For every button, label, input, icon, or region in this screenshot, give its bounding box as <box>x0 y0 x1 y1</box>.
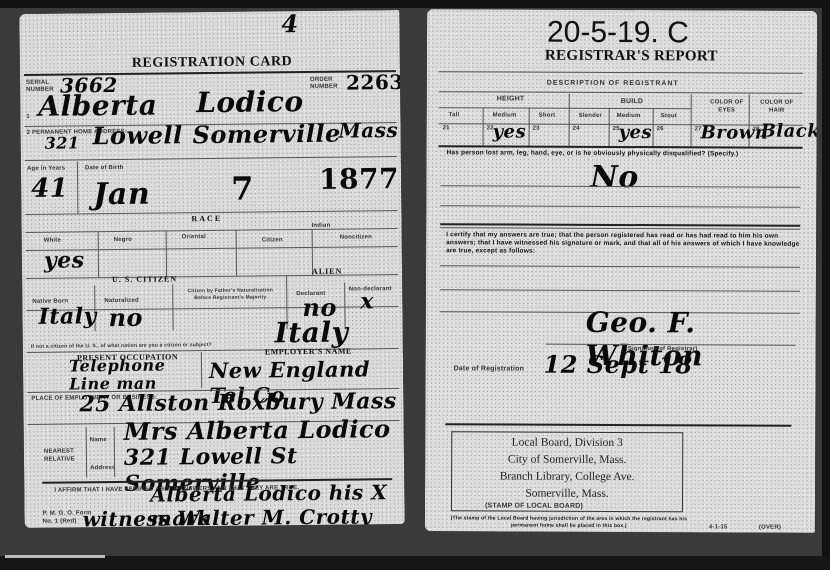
race-header: RACE <box>191 214 222 223</box>
q29-answer: No <box>590 160 639 195</box>
stamp-caption: (STAMP OF LOCAL BOARD) <box>485 502 583 509</box>
race-col-negro: Negro <box>114 237 132 243</box>
state: Mass <box>338 118 398 143</box>
height-header: HEIGHT <box>497 95 525 102</box>
field-number: 24 <box>573 126 580 132</box>
stamp-line: Local Board, Division 3 <box>452 434 682 452</box>
employer-header: EMPLOYER'S NAME <box>265 347 352 357</box>
card-title: REGISTRATION CARD <box>132 54 292 72</box>
scan-frame-right <box>822 0 830 570</box>
item-number: 1 <box>26 114 30 120</box>
registrant-last-name: Lodico <box>196 85 304 119</box>
employment-place-value: 25 Allston Roxbury Mass <box>79 388 397 417</box>
height-col-medium: Medium <box>493 112 517 118</box>
registration-card-front: 4 REGISTRATION CARD SERIAL NUMBER 3662 O… <box>19 10 404 528</box>
race-white-value: yes <box>44 247 85 273</box>
alien-header: ALIEN <box>312 267 342 276</box>
height-col-tall: Tall <box>449 112 460 118</box>
build-col-medium: Medium <box>617 113 641 119</box>
age-label: Age in Years <box>27 166 65 172</box>
build-header: BUILD <box>621 98 643 105</box>
corner-mark: 4 <box>281 10 299 38</box>
field-number: 26 <box>657 126 664 132</box>
race-col-white: White <box>44 238 61 244</box>
local-board-stamp-box: Local Board, Division 3 City of Somervil… <box>451 431 683 512</box>
height-medium-value: yes <box>493 121 527 142</box>
dob-day: 7 <box>231 170 254 208</box>
dob-month: Jan <box>93 177 150 213</box>
q30-certification: I certify that my answers are true; that… <box>446 231 802 257</box>
citizen-header: U. S. CITIZEN <box>112 274 177 284</box>
description-header: DESCRIPTION OF REGISTRANT <box>547 80 679 88</box>
dob-year: 1877 <box>319 162 399 196</box>
footer-over: (OVER) <box>759 525 781 531</box>
citizen-col-father: Citizen by Father's Naturalization Befor… <box>178 287 282 302</box>
stamp-note: (The stamp of the Local Board having jur… <box>449 515 689 530</box>
date-value: 12 Sept 18 <box>544 350 693 380</box>
street: Lowell <box>92 120 182 150</box>
city: Somerville <box>192 119 341 150</box>
native-born-value: Italy <box>38 303 97 330</box>
dob-label: Date of Birth <box>85 165 124 171</box>
build-medium-value: yes <box>619 122 653 143</box>
date-label: Date of Registration <box>454 365 525 372</box>
naturalized-value: no <box>108 303 143 332</box>
street-number: 321 <box>45 133 80 152</box>
nation-value: Italy <box>274 316 348 350</box>
build-col-slender: Slender <box>579 113 602 119</box>
registrars-report-back: 20-5-19. C REGISTRAR'S REPORT DESCRIPTIO… <box>425 9 817 533</box>
eye-color-header: COLOR OF EYES <box>707 98 747 114</box>
scan-frame-top <box>0 0 830 8</box>
race-col-citizen: Citizen <box>262 237 283 243</box>
registrant-first-name: Alberta <box>38 89 157 123</box>
witness-signature: witness Walter M. Crotty <box>82 504 372 528</box>
relative-name-label: Name <box>90 437 107 443</box>
hair-color-header: COLOR OF HAIR <box>757 99 797 115</box>
relative-name-value: Mrs Alberta Lodico <box>124 414 391 446</box>
race-col-oriental: Oriental <box>182 234 206 240</box>
occupation-value: Telephone Line man <box>69 356 189 393</box>
race-col-noncitizen: Noncitizen <box>340 234 372 240</box>
nondeclarant-value: x <box>360 288 374 314</box>
hair-color-value: Black <box>761 121 818 142</box>
footer-code: 4-1-15 <box>709 524 728 530</box>
scan-frame-bottom <box>0 556 830 570</box>
build-col-stout: Stout <box>661 113 677 119</box>
nearest-relative-label: NEAREST RELATIVE <box>44 447 84 463</box>
order-number-label: ORDER NUMBER <box>310 77 338 91</box>
stamp-line: Branch Library, College Ave. <box>452 468 682 486</box>
file-number: 20-5-19. C <box>547 16 689 51</box>
q29-text: Has person lost arm, leg, hand, eye, or … <box>446 149 802 159</box>
field-number: 21 <box>443 125 450 131</box>
stamp-line: City of Somerville, Mass. <box>452 451 682 469</box>
report-title: REGISTRAR'S REPORT <box>545 48 718 66</box>
eye-color-value: Brown <box>701 122 769 143</box>
field-number: 23 <box>533 126 540 132</box>
age-value: 41 <box>31 174 68 204</box>
order-number: 2263 <box>346 70 404 95</box>
nation-question: If not a citizen of the U. S., of what n… <box>31 342 212 350</box>
height-col-short: Short <box>539 113 556 119</box>
scan-edge-strip <box>5 555 105 558</box>
stamp-line: Somerville, Mass. <box>452 485 682 503</box>
relative-address-label: Address <box>90 465 115 471</box>
